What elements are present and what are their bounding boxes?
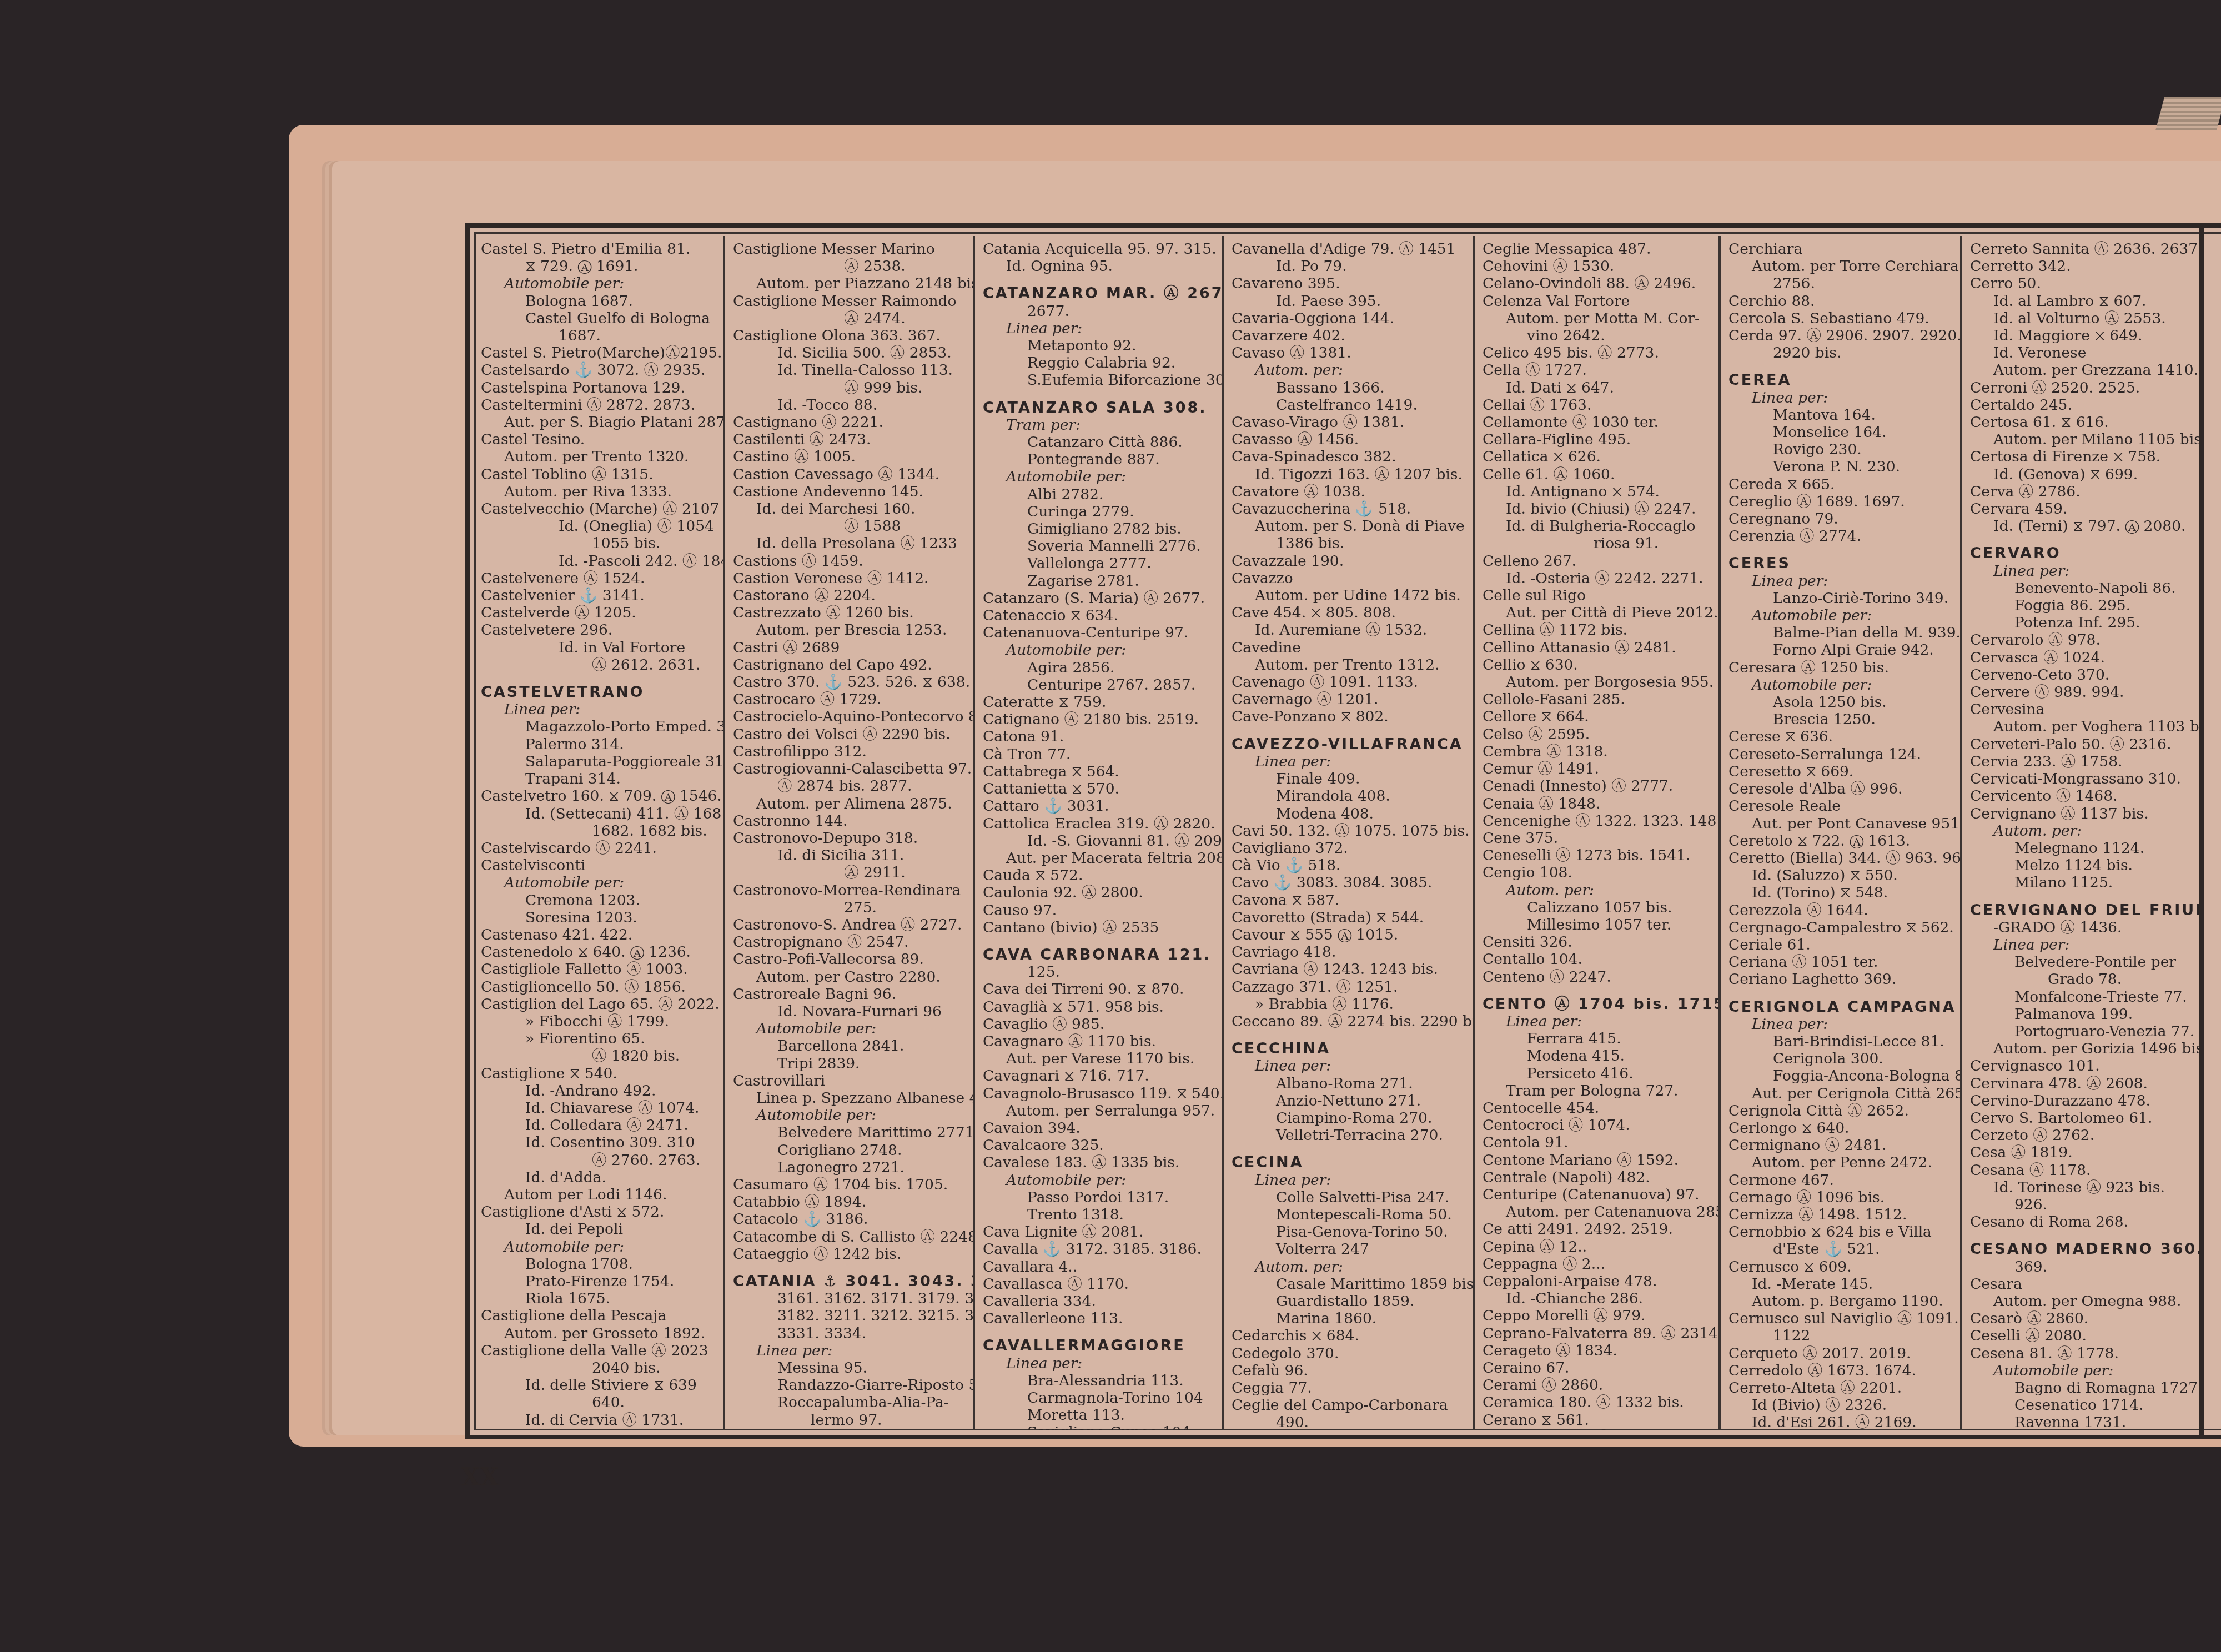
index-entry: Castrezzato Ⓐ 1260 bis. [733,604,968,621]
index-entry: Cesana Ⓐ 1178. [1970,1162,2194,1179]
index-entry: Cave 454. ⧖ 805. 808. [1232,604,1468,621]
index-entry: Cellamonte Ⓐ 1030 ter. [1483,414,1714,431]
index-entry: Celle sul Rigo [1483,587,1714,604]
index-entry: Id. Dati ⧖ 647. [1483,379,1714,396]
index-entry: Cerese ⧖ 636. [1728,728,1956,745]
index-entry: Autom. per Castro 2280. [733,968,968,986]
index-entry: Mantova 164. [1728,406,1956,424]
index-entry: Automobile per: [733,1107,968,1124]
index-entry: Linea per: [1728,1016,1956,1033]
index-entry: Id. d'Esi 261. Ⓐ 2169. [1728,1414,1956,1430]
index-entry: Cervara 459. [1970,500,2194,518]
index-entry: Catacolo ⚓ 3186. [733,1211,968,1228]
index-entry: Celle 61. Ⓐ 1060. [1483,466,1714,483]
index-entry: Cencenighe Ⓐ 1322. 1323. 1481. [1483,812,1714,830]
index-entry: Id. Veronese [1970,344,2194,361]
index-entry: Cemur Ⓐ 1491. [1483,760,1714,777]
index-entry: Castignano Ⓐ 2221. [733,414,968,431]
index-entry: Melegnano 1124. [1970,840,2194,857]
index-entry: Cavalese 183. Ⓐ 1335 bis. [983,1154,1217,1171]
index-entry: Tram per: [983,416,1217,434]
index-entry: Cavaso-Virago Ⓐ 1381. [1232,414,1468,431]
index-entry: Castelvetere 296. [481,621,718,639]
index-entry: Metaponto 92. [983,337,1217,354]
index-entry: Ceresetto ⧖ 669. [1728,763,1956,780]
index-entry: Cava dei Tirreni 90. ⧖ 870. [983,981,1217,998]
index-entry: 2756. [1728,275,1956,292]
index-entry: Tram per Bologna 727. [1483,1082,1714,1099]
index-entry: Castrovillari [733,1072,968,1089]
index-entry: Id. dei Pepoli [481,1221,718,1238]
index-entry: Celico 495 bis. Ⓐ 2773. [1483,344,1714,361]
index-entry: Monfalcone-Trieste 77. [1970,988,2194,1006]
index-entry: Linea per: [983,320,1217,337]
index-column-1: Castel S. Pietro d'Emilia 81.⧖ 729. Ⓐ 16… [473,236,723,1430]
index-entry: Castelverde Ⓐ 1205. [481,604,718,621]
index-entry: Cesarò Ⓐ 2860. [1970,1310,2194,1327]
index-entry: Cermignano Ⓐ 2481. [1728,1137,1956,1154]
index-entry: Cataeggio Ⓐ 1242 bis. [733,1246,968,1263]
index-entry: Anzio-Nettuno 271. [1232,1092,1468,1109]
index-entry: Ⓐ 2760. 2763. [481,1152,718,1169]
index-entry: Castiglione della Pescaja [481,1307,718,1324]
index-entry: Carmagnola-Torino 104 [983,1389,1217,1407]
index-entry: Castiglione Messer Marino [733,240,968,258]
index-entry: Bra-Alessandria 113. [983,1372,1217,1389]
index-entry: Castelfranco 1419. [1232,396,1468,414]
index-entry: Magazzolo-Porto Emped. 319. [481,718,718,735]
index-entry: Celenza Val Fortore [1483,293,1714,310]
section-heading: CATANZARO SALA 308. [983,399,1217,416]
index-entry: Cavalleria 334. [983,1293,1217,1310]
index-entry: Id. Tinella-Calosso 113. [733,361,968,379]
index-entry: Cavriana Ⓐ 1243. 1243 bis. [1232,961,1468,978]
index-entry: Id. della Presolana Ⓐ 1233 [733,535,968,552]
index-entry: vino 2642. [1483,327,1714,344]
index-entry: 2677. [983,303,1217,320]
index-entry: 3182. 3211. 3212. 3215. 3242. [733,1307,968,1324]
index-entry: Id. -Tocco 88. [733,396,968,414]
index-entry: Cateratte ⧖ 759. [983,694,1217,711]
index-entry: Cerenzia Ⓐ 2774. [1728,528,1956,545]
index-entry: Linea per: [733,1342,968,1359]
index-entry: Id. Sicilia 500. Ⓐ 2853. [733,344,968,361]
index-entry: Autom. per: [1232,1258,1468,1276]
index-entry: Cefalù 96. [1232,1362,1468,1379]
index-entry: Ceresara Ⓐ 1250 bis. [1728,659,1956,676]
index-entry: Castion Cavessago Ⓐ 1344. [733,466,968,483]
index-entry: Casteltermini Ⓐ 2872. 2873. [481,396,718,414]
index-entry: 1687. [481,327,718,344]
index-entry: Automobile per: [481,275,718,292]
index-entry: Pisa-Genova-Torino 50. [1232,1223,1468,1241]
index-entry: Automobile per: [1970,1362,2194,1379]
index-column-5: Ceglie Messapica 487.Cehovini Ⓐ 1530.Cel… [1473,236,1718,1430]
index-entry: Cavona ⧖ 587. [1232,892,1468,909]
index-entry: Centuripe (Catenanuova) 97. [1483,1186,1714,1203]
index-entry: Verona P. N. 230. [1728,458,1956,475]
index-entry: Castenaso 421. 422. [481,926,718,943]
index-entry: Id. -S. Giovanni 81. Ⓐ 2098 [983,832,1217,850]
index-entry: 1122 [1728,1327,1956,1344]
index-entry: 125. [983,963,1217,981]
index-entry: Castel Toblino Ⓐ 1315. [481,466,718,483]
index-entry: Volterra 247 [1232,1241,1468,1258]
index-entry: Autom. per Torre Cerchiara [1728,258,1956,275]
index-entry: Ceretto (Biella) 344. Ⓐ 963. 968. [1728,850,1956,867]
index-entry: Cavasso Ⓐ 1456. [1232,431,1468,448]
frame-right-rule [2199,223,2204,1439]
index-entry: Finale 409. [1232,770,1468,787]
index-entry: Catenanuova-Centuripe 97. [983,624,1217,641]
index-entry: Cellatica ⧖ 626. [1483,448,1714,465]
index-entry: Bologna 1687. [481,293,718,310]
index-entry: 1682. 1682 bis. [481,822,718,840]
section-heading: CESANO MADERNO 360. [1970,1241,2194,1258]
index-entry: Cervicati-Mongrassano 310. [1970,770,2194,787]
index-entry: » Fibocchi Ⓐ 1799. [481,1013,718,1030]
index-entry: Castro-Pofi-Vallecorsa 89. [733,951,968,968]
index-entry: Benevento-Napoli 86. [1970,580,2194,597]
index-entry: Cepina Ⓐ 12.. [1483,1238,1714,1256]
index-entry: Cavigliano 372. [1232,840,1468,857]
index-entry: Ceggia 77. [1232,1379,1468,1397]
section-heading: CECINA [1232,1154,1468,1171]
index-entry: Reggio Calabria 92. [983,354,1217,371]
index-entry: Causo 97. [983,902,1217,919]
index-entry: 369. [1970,1258,2194,1276]
index-entry: 1386 bis. [1232,535,1468,552]
section-heading: CASTELVETRANO [481,684,718,701]
index-entry: Ceccano 89. Ⓐ 2274 bis. 2290 bis. [1232,1013,1468,1030]
index-entry: » Fiorentino 65. [481,1030,718,1047]
index-entry: Catignano Ⓐ 2180 bis. 2519. [983,711,1217,728]
index-entry: Id. (Torino) ⧖ 548. [1728,884,1956,901]
index-entry: Modena 408. [1232,805,1468,822]
index-entry: Aut. per S. Biagio Platani 2870. [481,414,718,431]
index-entry: Castelvisconti [481,857,718,874]
index-entry: Autom. per Alimena 2875. [733,795,968,812]
section-heading: CERIGNOLA CAMPAGNA [1728,998,1956,1016]
index-entry: Autom. per Omegna 988. [1970,1293,2194,1310]
index-entry: Cervasca Ⓐ 1024. [1970,649,2194,666]
index-entry: lermo 97. [733,1412,968,1429]
section-heading: CEREA [1728,371,1956,389]
index-entry: Prato-Firenze 1754. [481,1273,718,1290]
index-entry: Centone Mariano Ⓐ 1592. [1483,1152,1714,1169]
index-entry: Cazzago 371. Ⓐ 1251. [1232,978,1468,996]
index-entry: Centola 91. [1483,1134,1714,1151]
index-entry: Castelvecchio (Marche) Ⓐ 2107 [481,500,718,518]
index-entry: Ce atti 2491. 2492. 2519. [1483,1221,1714,1238]
index-entry: Castigliole Falletto Ⓐ 1003. [481,961,718,978]
index-entry: Ceppaloni-Arpaise 478. [1483,1273,1714,1290]
index-entry: Cene 375. [1483,830,1714,847]
index-entry: Castilenti Ⓐ 2473. [733,431,968,448]
index-entry: Cave-Ponzano ⧖ 802. [1232,708,1468,725]
section-heading: CATANIA ⚓ 3041. 3043. 3062. [733,1273,968,1290]
index-entry: Cerro 50. [1970,275,2194,292]
index-entry: Cembra Ⓐ 1318. [1483,743,1714,760]
index-entry: Autom. p. Bergamo 1190. [1728,1293,1956,1310]
index-entry: Cavaso Ⓐ 1381. [1232,344,1468,361]
index-entry: Balme-Pian della M. 939. [1728,624,1956,641]
index-entry: Soveria Mannelli 2776. [983,538,1217,555]
index-entry: Cavanella d'Adige 79. Ⓐ 1451 [1232,240,1468,258]
index-entry: Castronovo-Depupo 318. [733,830,968,847]
index-entry: Calizzano 1057 bis. [1483,899,1714,916]
index-entry: Centocroci Ⓐ 1074. [1483,1117,1714,1134]
index-entry: Castrocaro Ⓐ 1729. [733,691,968,708]
index-entry: Cervia 233. Ⓐ 1758. [1970,753,2194,770]
index-entry: Rovigo 230. [1728,441,1956,458]
index-entry: Trapani 314. [481,770,718,787]
page-edges [2155,97,2221,130]
index-entry: Id. -Andrano 492. [481,1082,718,1099]
index-entry: Ⓐ 1820 bis. [481,1047,718,1064]
index-entry: Cervignano Ⓐ 1137 bis. [1970,805,2194,822]
index-entry: Cervino-Durazzano 478. [1970,1092,2194,1109]
index-entry: Catacombe di S. Callisto Ⓐ 2248. [733,1228,968,1246]
index-entry: Id. Cosentino 309. 310 [481,1134,718,1151]
index-entry: Autom. per Serralunga 957. [983,1102,1217,1119]
index-entry: Vallelonga 2777. [983,555,1217,572]
index-entry: -GRADO Ⓐ 1436. [1970,919,2194,936]
index-entry: Castrignano del Capo 492. [733,656,968,674]
index-entry: Cavi 50. 132. Ⓐ 1075. 1075 bis. [1232,822,1468,840]
index-entry: » Brabbia Ⓐ 1176. [1232,996,1468,1013]
index-entry: Cava Lignite Ⓐ 2081. [983,1223,1217,1241]
index-entry: Castelspina Portanova 129. [481,379,718,396]
index-entry: Zagarise 2781. [983,573,1217,590]
index-entry: Cavagnari ⧖ 716. 717. [983,1067,1217,1084]
index-entry: Ravenna 1731. [1970,1414,2194,1430]
index-entry: Castrocielo-Aquino-Pontecorvo 89. [733,708,968,725]
index-entry: Casumaro Ⓐ 1704 bis. 1705. [733,1176,968,1193]
index-entry: Cavo ⚓ 3083. 3084. 3085. [1232,874,1468,891]
index-entry: Castelvenere Ⓐ 1524. [481,570,718,587]
index-entry: Celleno 267. [1483,553,1714,570]
index-entry: Id. Maggiore ⧖ 649. [1970,327,2194,344]
index-entry: Castronovo-Morrea-Rendinara [733,882,968,899]
index-entry: 3331. 3334. [733,1325,968,1342]
index-entry: Castenedolo ⧖ 640. Ⓐ 1236. [481,943,718,961]
index-entry: Palmanova 199. [1970,1006,2194,1023]
index-entry: Bagno di Romagna 1727. [1970,1379,2194,1397]
index-entry: Autom. per Voghera 1103 bis. [1970,718,2194,735]
index-entry: Id. Po 79. [1232,258,1468,275]
index-entry: Castion Veronese Ⓐ 1412. [733,570,968,587]
index-entry: Castronno 144. [733,812,968,830]
index-entry: Cavallasca Ⓐ 1170. [983,1276,1217,1293]
index-entry: Cavarzere 402. [1232,327,1468,344]
index-entry: Cellio ⧖ 630. [1483,656,1714,674]
index-entry: Celano-Ovindoli 88. Ⓐ 2496. [1483,275,1714,292]
index-entry: d'Este ⚓ 521. [1728,1241,1956,1258]
index-entry: Millesimo 1057 ter. [1483,916,1714,933]
index-entry: Autom. per Udine 1472 bis. [1232,587,1468,604]
index-entry: Cervere Ⓐ 989. 994. [1970,684,2194,701]
index-entry: Cerva Ⓐ 2786. [1970,483,2194,500]
index-entry: Cauda ⧖ 572. [983,867,1217,884]
index-entry: Castrogiovanni-Calascibetta 97. [733,760,968,777]
index-entry: Cattanietta ⧖ 570. [983,780,1217,797]
index-entry: Corigliano 2748. [733,1142,968,1159]
index-entry: Soresina 1203. [481,909,718,926]
index-entry: Castropignano Ⓐ 2547. [733,933,968,951]
index-entry: 3161. 3162. 3171. 3179. 3181. [733,1290,968,1307]
index-entry: Cernago Ⓐ 1096 bis. [1728,1189,1956,1206]
index-entry: Cerchiara [1728,240,1956,258]
index-entry: Siracusa 95. [733,1429,968,1430]
index-entry: Id. dei Marchesi 160. [733,500,968,518]
index-entry: Cà Tron 77. [983,746,1217,763]
index-entry: Centuripe 2767. 2857. [983,676,1217,694]
index-entry: Portogruaro-Venezia 77. [1970,1023,2194,1040]
index-entry: Lagonegro 2721. [733,1159,968,1176]
index-entry: Riola 1675. [481,1290,718,1307]
index-entry: Ceriano Laghetto 369. [1728,971,1956,988]
index-entry: Cesenatico 1714. [1970,1397,2194,1414]
index-entry: Cergnago-Campalestro ⧖ 562. [1728,919,1956,936]
index-entry: Castelsardo ⚓ 3072. Ⓐ 2935. [481,361,718,379]
index-entry: Ceppagna Ⓐ 2... [1483,1256,1714,1273]
index-entry: Curinga 2779. [983,503,1217,520]
index-entry: Cavaglià ⧖ 571. 958 bis. [983,998,1217,1016]
index-entry: Cervinara 478. Ⓐ 2608. [1970,1075,2194,1092]
index-entry: Catona 91. [983,728,1217,745]
index-entry: Linea per: [1970,563,2194,580]
index-entry: Castel S. Pietro d'Emilia 81. [481,240,718,258]
index-entry: Ceresole d'Alba Ⓐ 996. [1728,780,1956,797]
index-entry: Cedegolo 370. [1232,1345,1468,1362]
index-entry: Cerveteri-Palo 50. Ⓐ 2316. [1970,736,2194,753]
index-entry: Ferrara 415. [1483,1030,1714,1047]
index-entry: Milano 1125. [1970,874,2194,891]
index-entry: Automobile per: [1728,607,1956,624]
index-entry: Automobile per: [983,468,1217,485]
index-entry: Ceglie Messapica 487. [1483,240,1714,258]
index-entry: Lanzo-Ciriè-Torino 349. [1728,590,1956,607]
index-entry: Cavareno 395. [1232,275,1468,292]
index-entry: Ceprano-Falvaterra 89. Ⓐ 2314. [1483,1325,1714,1342]
index-entry: Persiceto 416. [1483,1065,1714,1082]
index-entry: Cerlongo ⧖ 640. [1728,1119,1956,1137]
index-entry: Id. (Oneglia) Ⓐ 1054 [481,518,718,535]
index-entry: Cavallara 4.. [983,1258,1217,1276]
index-entry: Autom. per Borgosesia 955. [1483,674,1714,691]
index-entry: Id. in Val Fortore [481,639,718,656]
index-entry: Castiglioncello 50. Ⓐ 1856. [481,978,718,996]
index-entry: Ⓐ 2538. [733,258,968,275]
index-entry: Cavaglio Ⓐ 985. [983,1016,1217,1033]
index-entry: Cella Ⓐ 1727. [1483,361,1714,379]
section-heading: CERVIGNANO DEL FRIULI [1970,902,2194,919]
index-entry: Ceretolo ⧖ 722. Ⓐ 1613. [1728,832,1956,850]
index-entry: Castiglione ⧖ 540. [481,1065,718,1082]
index-entry: Roccapalumba-Alia-Pa- [733,1394,968,1411]
index-column-3: Catania Acquicella 95. 97. 315.Id. Ognin… [973,236,1222,1430]
index-entry: Cavallerleone 113. [983,1310,1217,1327]
index-entry: Cà Vio ⚓ 518. [1232,857,1468,874]
index-entry: Id. -Pascoli 242. Ⓐ 1843. [481,553,718,570]
index-entry: Bologna 1708. [481,1256,718,1273]
index-entry: Id. Paese 395. [1232,293,1468,310]
section-heading: CATANZARO MAR. Ⓐ 2676. [983,285,1217,302]
index-entry: Cermone 467. [1728,1172,1956,1189]
index-entry: Cerda 97. Ⓐ 2906. 2907. 2920. [1728,327,1956,344]
index-entry: 490. [1232,1414,1468,1430]
index-entry: Autom per Lodi 1146. [481,1186,718,1203]
index-entry: Cerchio 88. [1728,293,1956,310]
index-entry: Pontegrande 887. [983,451,1217,468]
index-entry: Id. Ognina 95. [983,258,1217,275]
index-entry: Castorano Ⓐ 2204. [733,587,968,604]
index-entry: Certosa 61. ⧖ 616. [1970,414,2194,431]
index-entry: Castrofilippo 312. [733,743,968,760]
index-entry: Cellina Ⓐ 1172 bis. [1483,621,1714,639]
index-entry: Cehovini Ⓐ 1530. [1483,258,1714,275]
index-entry: Cengio 108. [1483,864,1714,881]
index-entry: Cervignasco 101. [1970,1057,2194,1074]
index-entry: Cantano (bivio) Ⓐ 2535 [983,919,1217,936]
index-entry: Ceramica 180. Ⓐ 1332 bis. [1483,1394,1714,1411]
index-entry: Linea p. Spezzano Albanese 496 [733,1089,968,1107]
section-heading: CERES [1728,555,1956,572]
index-entry: Montepescali-Roma 50. [1232,1206,1468,1223]
index-entry: Castino Ⓐ 1005. [733,448,968,465]
index-entry: Catenaccio ⧖ 634. [983,607,1217,624]
index-entry: Cavatore Ⓐ 1038. [1232,483,1468,500]
index-entry: Catanzaro (S. Maria) Ⓐ 2677. [983,590,1217,607]
index-entry: Id. -Osteria Ⓐ 2242. 2271. [1483,570,1714,587]
index-entry: Autom. per Penne 2472. [1728,1154,1956,1171]
index-entry: 1055 bis. [481,535,718,552]
index-entry: Catania Acquicella 95. 97. 315. [983,240,1217,258]
index-entry: Cerami Ⓐ 2860. [1483,1377,1714,1394]
index-entry: Cattolica Eraclea 319. Ⓐ 2820. [983,815,1217,832]
index-entry: Id. -Merate 145. [1728,1276,1956,1293]
index-entry: Cerignola 300. [1728,1050,1956,1067]
index-entry: Cerezzola Ⓐ 1644. [1728,902,1956,919]
index-entry: Salaparuta-Poggioreale 316. [481,753,718,770]
index-entry: Belvedere Marittimo 2771. [733,1124,968,1141]
index-entry: Cavour ⧖ 555 Ⓐ 1015. [1232,926,1468,943]
index-column-2: Castiglione Messer MarinoⒶ 2538.Autom. p… [723,236,973,1430]
index-entry: Automobile per: [1728,676,1956,694]
index-entry: Moretta 113. [983,1407,1217,1424]
index-entry: Cerreto-Alteta Ⓐ 2201. [1728,1379,1956,1397]
index-entry: Cerignola Città Ⓐ 2652. [1728,1102,1956,1119]
index-entry: Ceriana Ⓐ 1051 ter. [1728,953,1956,971]
index-entry: Ceselli Ⓐ 2080. [1970,1327,2194,1344]
index-entry: Castions Ⓐ 1459. [733,553,968,570]
index-entry: Castelvenier ⚓ 3141. [481,587,718,604]
index-entry: Cesa Ⓐ 1819. [1970,1144,2194,1161]
index-entry: 926. [1970,1196,2194,1213]
index-entry: Cavoretto (Strada) ⧖ 544. [1232,909,1468,926]
index-entry: Id. Chiavarese Ⓐ 1074. [481,1099,718,1117]
index-entry: Albano-Roma 271. [1232,1075,1468,1092]
index-entry: Id. (Genova) ⧖ 699. [1970,466,2194,483]
index-entry: Automobile per: [481,1238,718,1256]
index-entry: Castiglione Messer Raimondo [733,293,968,310]
index-entry: ⧖ 729. Ⓐ 1691. [481,258,718,275]
index-entry: Cerveno-Ceto 370. [1970,666,2194,684]
index-entry: Cesara [1970,1276,2194,1293]
index-entry: Cerzeto Ⓐ 2762. [1970,1127,2194,1144]
index-entry: Cellai Ⓐ 1763. [1483,396,1714,414]
